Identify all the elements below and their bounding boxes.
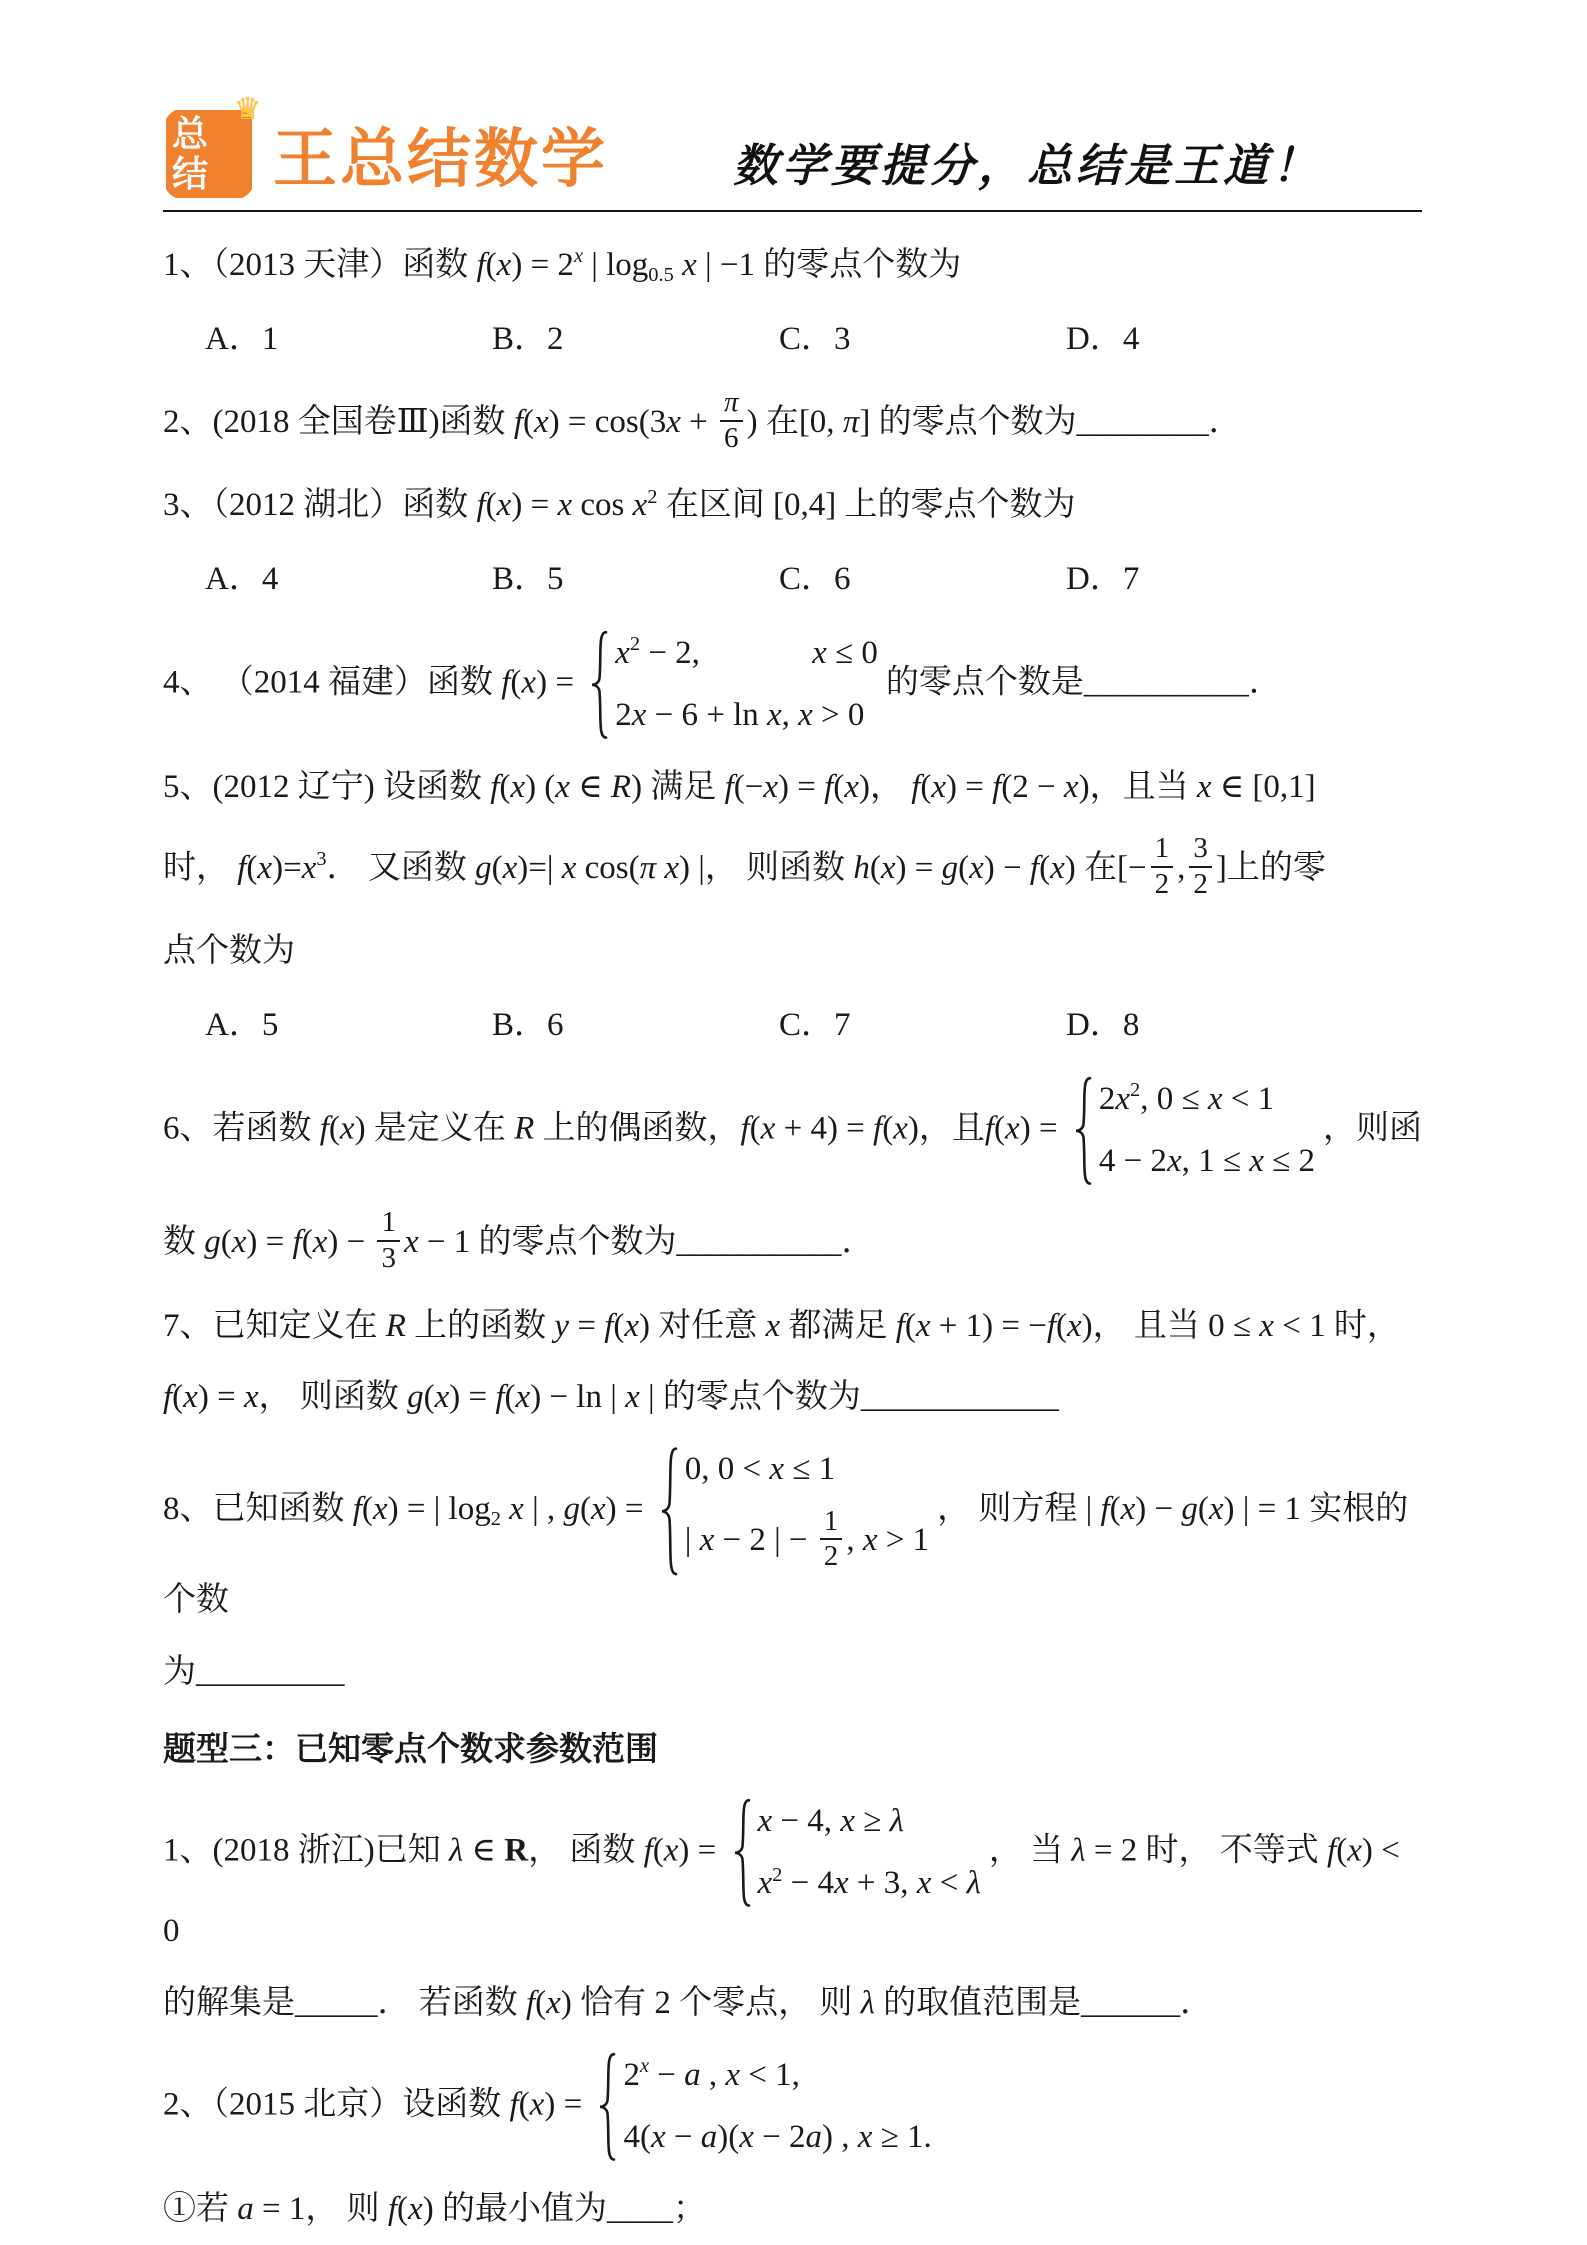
math-roman-run	[657, 487, 665, 523]
piecewise-row: x − 4, x ≥ λ	[758, 1798, 981, 1846]
text-run: ，	[870, 769, 911, 805]
math-italic-run: f	[911, 769, 920, 805]
problem-line: 7、已知定义在 R 上的函数 y = f(x) 对任意 x 都满足 f(x + …	[163, 1303, 1422, 1351]
problem-line: 3、（2012 湖北）函数 f(x) = x cos x2 在区间 [0,4] …	[163, 482, 1422, 530]
text-run: 时， 不等式	[1146, 1833, 1328, 1869]
math-roman-run: (	[905, 1308, 916, 1344]
math-italic-run: f	[477, 487, 486, 523]
math-roman-run: , 0 ≤	[1140, 1081, 1208, 1117]
math-italic-run: x	[739, 2119, 754, 2155]
text-run: 是定义在	[374, 1111, 514, 1147]
text-run: 5、(2012 辽宁) 设函数	[163, 769, 490, 805]
option-label: D．4	[1066, 316, 1353, 364]
superscript: 3	[316, 848, 326, 870]
piecewise-cases: x2 − 2, x ≤ 02x − 6 + ln x, x > 0	[590, 630, 878, 740]
text-run: 3、（2012 湖北）函数	[163, 487, 477, 523]
text-run: 的零点个数为	[763, 247, 961, 283]
text-run: 的零点个数为	[479, 1224, 677, 1260]
math-italic-run: x	[812, 635, 827, 671]
math-roman-run: ) =	[678, 1833, 724, 1869]
left-brace-icon	[590, 630, 608, 740]
math-roman-run	[406, 1308, 414, 1344]
math-roman-run: (	[499, 769, 510, 805]
text-run: ， 当	[989, 1833, 1072, 1869]
fraction-numerator: 1	[820, 1505, 843, 1540]
math-roman-run: (	[519, 2086, 530, 2122]
math-italic-run: f	[388, 2191, 397, 2227]
piecewise-row: 0, 0 < x ≤ 1	[685, 1446, 929, 1494]
math-roman-run: − 2 | −	[714, 1522, 816, 1558]
math-italic-run: x	[767, 697, 782, 733]
math-italic-run: x	[340, 1111, 355, 1147]
worksheet-page: ♛ 总结 王总结数学 数学要提分，总结是王道！ 1、（2013 天津）函数 f(…	[0, 0, 1587, 2233]
math-italic-run: x	[1005, 1111, 1020, 1147]
text-run: 上的零点个数为	[844, 487, 1075, 523]
math-italic-run: x	[725, 2057, 740, 2093]
math-italic-run: f	[353, 1491, 362, 1527]
math-roman-run: (	[535, 1985, 546, 2021]
math-roman-run: (−	[734, 769, 764, 805]
math-italic-run: x	[758, 1865, 773, 1901]
fraction-denominator: 2	[820, 1540, 843, 1573]
math-italic-run: x	[408, 2191, 423, 2227]
math-italic-run: f	[985, 1111, 994, 1147]
math-roman-run: | −1	[697, 247, 763, 283]
options-row: A．1B．2C．3D．4	[205, 316, 1422, 364]
option-label: B．6	[492, 1002, 779, 1050]
problem-line: 2、（2015 北京）设函数 f(x) = 2x − a , x < 1,4(x…	[163, 2052, 1422, 2162]
math-roman-run: − 4	[782, 1865, 834, 1901]
math-roman-run: (	[492, 850, 503, 886]
math-italic-run: f	[1327, 1833, 1336, 1869]
math-roman-run: __________	[677, 1224, 842, 1260]
math-roman-run: (	[1336, 1833, 1347, 1869]
math-italic-run: f	[1100, 1491, 1109, 1527]
math-roman-run: )	[1079, 769, 1090, 805]
problem-t3-1: 1、(2018 浙江)已知 λ ∈ R， 函数 f(x) = x − 4, x …	[163, 1798, 1422, 2027]
math-roman-run: (	[920, 769, 931, 805]
text-run: ．	[1249, 665, 1282, 701]
math-roman-run: ≥	[855, 1803, 890, 1839]
math-roman-run: ______	[1081, 1985, 1180, 2021]
math-roman-run: (	[362, 1491, 373, 1527]
math-roman-run: ) =	[778, 769, 824, 805]
left-brace-icon	[598, 2052, 616, 2162]
math-italic-run: x	[633, 487, 648, 523]
text-run: 上的零	[1227, 850, 1326, 886]
problem-5: 5、(2012 辽宁) 设函数 f(x) (x ∈ R) 满足 f(−x) = …	[163, 764, 1422, 1050]
math-roman-run: ,	[846, 1522, 863, 1558]
problem-line: 点个数为	[163, 928, 1422, 976]
math-roman-run: ) =	[606, 1491, 652, 1527]
math-italic-run: x	[863, 1522, 878, 1558]
text-run: 时，	[1334, 1308, 1400, 1344]
text-run: 2、（2015 北京）设函数	[163, 2086, 510, 2122]
left-brace-icon	[660, 1446, 678, 1577]
math-italic-run: R	[611, 769, 631, 805]
text-run: 都满足	[788, 1308, 895, 1344]
math-italic-run: x	[497, 487, 512, 523]
text-run: 数	[163, 1224, 204, 1260]
math-roman-run: 4(	[623, 2119, 651, 2155]
problem-line: 为_________	[163, 1649, 1422, 1697]
crown-icon: ♛	[234, 92, 261, 127]
math-roman-run: (	[172, 1379, 183, 1415]
math-roman-run: ≥ 1.	[872, 2119, 931, 2155]
math-italic-run: x	[503, 850, 518, 886]
piecewise-rows: 2x − a , x < 1,4(x − a)(x − 2a) , x ≥ 1.	[616, 2052, 931, 2162]
text-run: 1、（2013 天津）函数	[163, 247, 477, 283]
math-roman-run: _____	[295, 1985, 378, 2021]
math-italic-run: x	[1208, 1081, 1223, 1117]
problem-line: 8、已知函数 f(x) = | log2 x | , g(x) = 0, 0 <…	[163, 1446, 1422, 1624]
math-roman-run: ) =	[511, 487, 557, 523]
math-roman-run: (	[870, 850, 881, 886]
math-italic-run: x	[1249, 1143, 1264, 1179]
math-roman-run: ≤ 1	[784, 1451, 835, 1487]
problem-line: 的解集是_____． 若函数 f(x) 恰有 2 个零点， 则 λ 的取值范围是…	[163, 1980, 1422, 2028]
math-italic-run: a	[701, 2119, 718, 2155]
problem-line: 5、(2012 辽宁) 设函数 f(x) (x ∈ R) 满足 f(−x) = …	[163, 764, 1422, 812]
math-roman-run: ) =	[946, 769, 992, 805]
math-italic-run: x	[501, 1491, 524, 1527]
math-roman-run: ____	[607, 2191, 673, 2227]
math-roman-run: ∈	[463, 1833, 504, 1869]
piecewise-cases: 2x2, 0 ≤ x < 14 − 2x, 1 ≤ x ≤ 2	[1074, 1076, 1315, 1186]
text-run: ， 则函数	[259, 1379, 408, 1415]
math-roman-run: )=	[272, 850, 302, 886]
problem-line: ①若 a = 1， 则 f(x) 的最小值为____；	[163, 2186, 1422, 2234]
math-roman-run: ) (	[525, 769, 555, 805]
math-roman-run: )	[1082, 1308, 1093, 1344]
math-roman-run: (	[397, 2191, 408, 2227]
math-italic-run: x	[183, 1379, 198, 1415]
text-run: ， 且当	[1093, 1308, 1209, 1344]
text-run: 2、(2018 全国卷Ⅲ)函数	[163, 404, 514, 440]
math-italic-run: x	[546, 1985, 561, 2021]
math-italic-run: f	[495, 1379, 504, 1415]
text-run: 为	[163, 1654, 196, 1690]
math-roman-run: ) =	[246, 1224, 292, 1260]
math-italic-run: x	[916, 1308, 931, 1344]
math-roman-run: (	[329, 1111, 340, 1147]
math-italic-run: x	[674, 247, 697, 283]
math-roman-run: +	[681, 404, 716, 440]
math-roman-run: − 2	[754, 2119, 806, 2155]
math-italic-run: λ	[890, 1803, 904, 1839]
math-roman-run: [0,	[799, 404, 843, 440]
math-italic-run: λ	[1071, 1833, 1085, 1869]
math-roman-run: ) −	[1135, 1491, 1181, 1527]
math-italic-run: R	[386, 1308, 406, 1344]
math-italic-run: g	[563, 1491, 580, 1527]
math-roman-run: 4 − 2	[1099, 1143, 1167, 1179]
math-roman-run: cos(	[576, 850, 639, 886]
math-roman-run: (	[750, 1111, 761, 1147]
math-italic-run: x	[435, 1379, 450, 1415]
math-roman-run: < 1	[1222, 1081, 1274, 1117]
math-roman-run: <	[931, 1865, 966, 1901]
problem-line: 时， f(x)=x3． 又函数 g(x)=| x cos(π x) |， 则函数…	[163, 836, 1422, 905]
piecewise-row: | x − 2 | − 12, x > 1	[685, 1508, 929, 1577]
math-roman-run: (	[246, 850, 257, 886]
subscript: 0.5	[648, 264, 674, 286]
math-roman-run: (	[486, 247, 497, 283]
math-italic-run: λ	[449, 1833, 463, 1869]
math-italic-run: f	[526, 1985, 535, 2021]
brand-name: 王总结数学	[273, 108, 608, 200]
math-roman-run: __________	[1084, 665, 1249, 701]
math-roman-run: ________	[1077, 404, 1209, 440]
fraction-denominator: 2	[1189, 868, 1212, 901]
text-run: 时，	[163, 850, 237, 886]
math-roman-run: | log	[583, 247, 648, 283]
math-roman-run: |	[685, 1522, 700, 1558]
math-roman-run: > 1	[877, 1522, 929, 1558]
math-italic-run: h	[853, 850, 870, 886]
piecewise-row: 2x − 6 + ln x, x > 0	[615, 692, 878, 740]
header-divider	[163, 210, 1422, 212]
math-roman-run: (	[882, 1111, 893, 1147]
math-roman-run: 2	[623, 2057, 640, 2093]
text-run: 的解集是	[163, 1985, 295, 2021]
option-label: A．4	[205, 556, 492, 604]
math-roman-run: − 6 + ln	[646, 697, 767, 733]
math-roman-run: (	[1056, 1308, 1067, 1344]
problem-line: f(x) = x， 则函数 g(x) = f(x) − ln | x | 的零点…	[163, 1374, 1422, 1422]
math-roman-run: [−	[1117, 850, 1147, 886]
math-roman-run: ,	[782, 697, 799, 733]
fraction: 32	[1189, 832, 1212, 901]
math-roman-run: (	[1110, 1491, 1121, 1527]
piecewise-rows: 0, 0 < x ≤ 1| x − 2 | − 12, x > 1	[678, 1446, 929, 1577]
math-roman-run: )	[1065, 850, 1084, 886]
math-italic-run: x	[510, 769, 525, 805]
text-run: 对任意	[658, 1308, 765, 1344]
math-roman-run: − 2,	[640, 635, 700, 671]
math-roman-run: )	[561, 1985, 580, 2021]
math-roman-run: ≤ 0	[827, 635, 878, 671]
math-italic-run: g	[475, 850, 492, 886]
math-italic-run: x	[1167, 1143, 1182, 1179]
text-run: 的取值范围是	[883, 1985, 1081, 2021]
math-italic-run: x	[1259, 1308, 1274, 1344]
math-italic-run: x	[664, 1833, 679, 1869]
math-roman-run: ) =	[536, 665, 582, 701]
problem-t3-2: 2、（2015 北京）设函数 f(x) = 2x − a , x < 1,4(x…	[163, 2052, 1422, 2234]
math-roman-run: (	[1039, 850, 1050, 886]
math-italic-run: x	[625, 1379, 640, 1415]
math-roman-run: ) −	[984, 850, 1030, 886]
math-italic-run: x	[1115, 1081, 1130, 1117]
superscript: 2	[772, 1864, 782, 1886]
text-run: 7、已知定义在	[163, 1308, 386, 1344]
piecewise-cases: x − 4, x ≥ λx2 − 4x + 3, x < λ	[733, 1798, 981, 1908]
math-roman-run: ,	[1177, 850, 1185, 886]
logo-badge: ♛ 总结	[163, 108, 255, 200]
math-italic-run: x	[591, 1491, 606, 1527]
text-run: 在区间	[666, 487, 765, 523]
text-run: ， 则方程	[937, 1491, 1077, 1527]
math-roman-run: |	[640, 1379, 663, 1415]
math-roman-run: ) | = 1	[1224, 1491, 1310, 1527]
fraction-numerator: 1	[377, 1206, 400, 1241]
math-italic-run: f	[510, 2086, 519, 2122]
superscript: x	[574, 245, 583, 267]
math-roman-run: ) =	[544, 2086, 590, 2122]
piecewise-cases: 2x − a , x < 1,4(x − a)(x − 2a) , x ≥ 1.	[598, 2052, 931, 2162]
math-roman-run: (2 −	[1001, 769, 1064, 805]
problem-line: 1、（2013 天津）函数 f(x) = 2x | log0.5 x | −1 …	[163, 242, 1422, 290]
option-label: C．3	[779, 316, 1066, 364]
math-roman-run: ,	[701, 2057, 726, 2093]
math-italic-run: x	[516, 1379, 531, 1415]
problem-1: 1、（2013 天津）函数 f(x) = 2x | log0.5 x | −1 …	[163, 242, 1422, 364]
math-italic-run: x	[404, 1224, 419, 1260]
superscript: x	[640, 2055, 649, 2077]
math-roman-run: − 4,	[772, 1803, 840, 1839]
math-italic-run: x	[1347, 1833, 1362, 1869]
problem-8: 8、已知函数 f(x) = | log2 x | , g(x) = 0, 0 <…	[163, 1446, 1422, 1696]
text-run: 的零点个数为	[879, 404, 1077, 440]
superscript: 2	[630, 633, 640, 655]
text-run: 8、已知函数	[163, 1491, 353, 1527]
math-italic-run: x	[844, 769, 859, 805]
brand-slogan: 数学要提分，总结是王道！	[733, 129, 1321, 200]
problem-line: 1、(2018 浙江)已知 λ ∈ R， 函数 f(x) = x − 4, x …	[163, 1798, 1422, 1956]
math-italic-run: x	[1064, 769, 1079, 805]
math-italic-run: f	[293, 1224, 302, 1260]
problem-4: 4、 （2014 福建）函数 f(x) = x2 − 2, x ≤ 02x − …	[163, 630, 1422, 740]
math-italic-run: x	[632, 697, 647, 733]
fraction: 12	[820, 1505, 843, 1574]
math-italic-run: x	[969, 850, 984, 886]
math-roman-run: , 1 ≤	[1182, 1143, 1250, 1179]
math-roman-run: )=|	[517, 850, 561, 886]
math-italic-run: x	[1050, 850, 1065, 886]
math-roman-run: ∈	[570, 769, 611, 805]
math-italic-run: x	[615, 635, 630, 671]
math-italic-run: f	[1047, 1308, 1056, 1344]
math-roman-run: (	[653, 1833, 664, 1869]
math-roman-run: )	[639, 1308, 658, 1344]
math-italic-run: g	[407, 1379, 424, 1415]
math-roman-run: )(	[717, 2119, 739, 2155]
math-roman-run: (	[510, 665, 521, 701]
math-roman-run: 2	[615, 697, 632, 733]
math-italic-run: x	[769, 1451, 784, 1487]
math-roman-run: (	[994, 1111, 1005, 1147]
math-italic-run: x	[557, 487, 572, 523]
math-roman-run: < 1	[1274, 1308, 1334, 1344]
math-roman-run: > 0	[813, 697, 865, 733]
superscript: 2	[1130, 1079, 1140, 1101]
math-italic-run: x	[302, 850, 317, 886]
math-roman-run: −	[649, 2057, 684, 2093]
piecewise-row: 2x2, 0 ≤ x < 1	[1099, 1076, 1315, 1124]
math-italic-run: g	[204, 1224, 221, 1260]
math-italic-run: x	[257, 850, 272, 886]
math-italic-run: f	[992, 769, 1001, 805]
math-italic-run: x	[700, 1522, 715, 1558]
fraction: 12	[1151, 832, 1174, 901]
math-roman-run: )	[631, 769, 650, 805]
math-roman-run: =	[569, 1308, 604, 1344]
math-italic-run: x	[521, 665, 536, 701]
text-run: ． 若函数	[378, 1985, 527, 2021]
fraction-numerator: π	[720, 386, 743, 421]
subscript: 2	[491, 1508, 501, 1530]
math-italic-run: y	[554, 1308, 569, 1344]
math-italic-run: x	[244, 1379, 259, 1415]
math-italic-run: f	[477, 247, 486, 283]
math-italic-run: x	[763, 769, 778, 805]
math-italic-run: x	[761, 1111, 776, 1147]
text-run: 的最小值为	[442, 2191, 607, 2227]
math-roman-run: ) = | log	[388, 1491, 491, 1527]
math-italic-run: g	[942, 850, 959, 886]
fraction-denominator: 2	[1151, 868, 1174, 901]
math-roman-run: ) −	[327, 1224, 373, 1260]
math-roman-run: 0 ≤	[1208, 1308, 1259, 1344]
math-italic-run: x	[1121, 1491, 1136, 1527]
options-row: A．4B．5C．6D．7	[205, 556, 1422, 604]
math-roman-run: (	[1198, 1491, 1209, 1527]
text-run: ， 函数	[528, 1833, 644, 1869]
math-roman-run: )	[355, 1111, 374, 1147]
piecewise-row: x2 − 2, x ≤ 0	[615, 630, 878, 678]
piecewise-rows: x − 4, x ≥ λx2 − 4x + 3, x < λ	[751, 1798, 981, 1908]
math-italic-run: x	[766, 1308, 781, 1344]
math-roman-run	[534, 1111, 542, 1147]
text-run: ，则函	[1323, 1111, 1422, 1147]
text-run: ，且当	[1090, 769, 1197, 805]
math-italic-run: f	[1030, 850, 1039, 886]
option-label: B．5	[492, 556, 779, 604]
math-roman-run: ) − ln |	[530, 1379, 625, 1415]
math-roman-run: ]	[1216, 850, 1227, 886]
fraction-denominator: 3	[377, 1242, 400, 1275]
problem-list: 1、（2013 天津）函数 f(x) = 2x | log0.5 x | −1 …	[163, 242, 1422, 2233]
problem-line: 4、 （2014 福建）函数 f(x) = x2 − 2, x ≤ 02x − …	[163, 630, 1422, 740]
math-italic-run: x	[931, 769, 946, 805]
math-roman-run: )	[859, 769, 870, 805]
math-roman-run: )	[423, 2191, 442, 2227]
math-roman-run: 2	[1099, 1081, 1116, 1117]
math-roman-run: (	[523, 404, 534, 440]
math-roman-run: ]	[859, 404, 878, 440]
math-roman-run: ) = 2	[511, 247, 574, 283]
math-italic-run: f	[644, 1833, 653, 1869]
math-roman-run: −	[666, 2119, 701, 2155]
math-italic-run: f	[896, 1308, 905, 1344]
math-italic-run: f	[604, 1308, 613, 1344]
math-italic-run: x	[497, 247, 512, 283]
math-roman-run: _________	[196, 1654, 345, 1690]
math-roman-run: + 1) = −	[931, 1308, 1047, 1344]
fraction: π6	[720, 386, 743, 455]
math-roman-run: − 1	[419, 1224, 479, 1260]
text-run: ①若	[163, 2191, 237, 2227]
math-roman-run: ) |	[679, 850, 705, 886]
math-italic-run: f	[163, 1379, 172, 1415]
math-italic-run: a	[684, 2057, 701, 2093]
text-run: 上的偶函数，	[543, 1111, 741, 1147]
problem-line: 6、若函数 f(x) 是定义在 R 上的偶函数，f(x + 4) = f(x)，…	[163, 1076, 1422, 1186]
piecewise-row: x2 − 4x + 3, x < λ	[758, 1860, 981, 1908]
math-italic-run: f	[320, 1111, 329, 1147]
problem-line: 2、(2018 全国卷Ⅲ)函数 f(x) = cos(3x + π6) 在[0,…	[163, 390, 1422, 459]
